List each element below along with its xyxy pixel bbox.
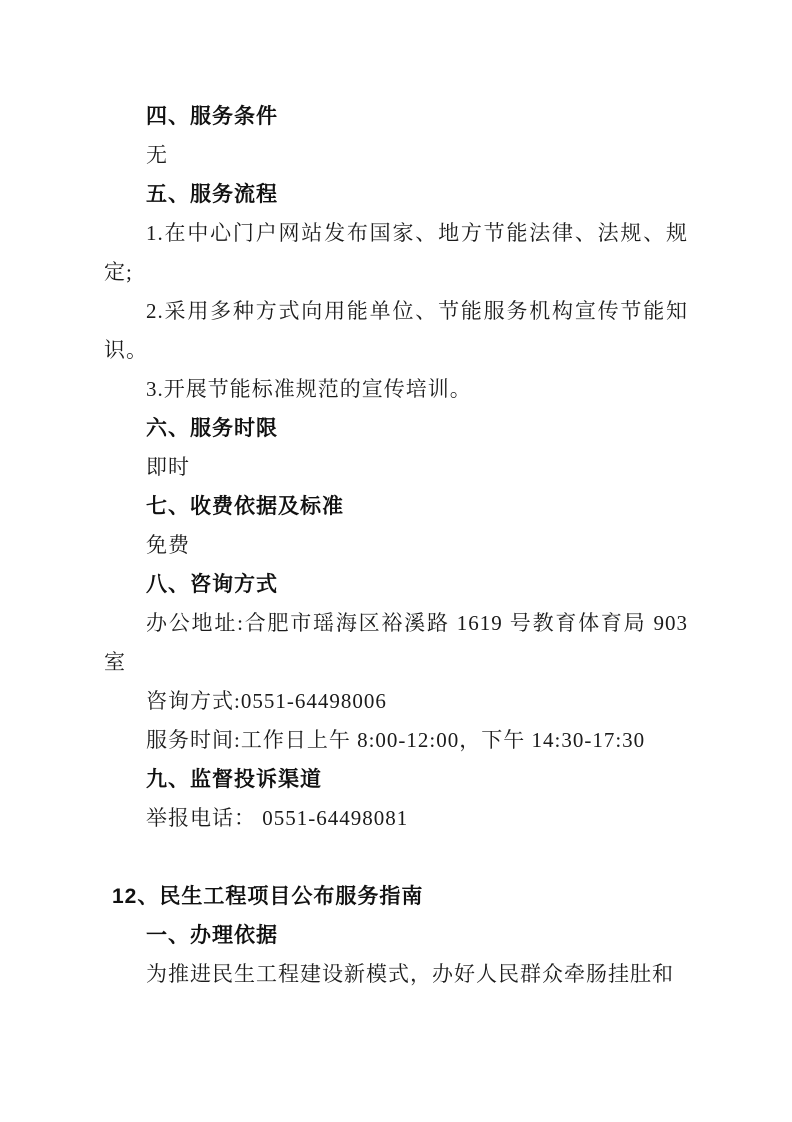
heading-service-process: 五、服务流程	[104, 175, 688, 214]
section-title-minsheng-guide: 12、民生工程项目公布服务指南	[104, 877, 688, 916]
heading-service-time-limit: 六、服务时限	[104, 409, 688, 448]
heading-handling-basis: 一、办理依据	[104, 916, 688, 955]
heading-service-conditions: 四、服务条件	[104, 97, 688, 136]
document-body: 四、服务条件 无 五、服务流程 1.在中心门户网站发布国家、地方节能法律、法规、…	[104, 97, 688, 994]
heading-fee-basis-standard: 七、收费依据及标准	[104, 487, 688, 526]
para-process-step-3: 3.开展节能标准规范的宣传培训。	[104, 370, 688, 409]
document-page: 四、服务条件 无 五、服务流程 1.在中心门户网站发布国家、地方节能法律、法规、…	[0, 0, 792, 1122]
para-process-step-1: 1.在中心门户网站发布国家、地方节能法律、法规、规定;	[104, 214, 688, 292]
para-office-address: 办公地址:合肥市瑶海区裕溪路 1619 号教育体育局 903 室	[104, 604, 688, 682]
heading-supervision-complaint: 九、监督投诉渠道	[104, 760, 688, 799]
para-consultation-phone: 咨询方式:0551-64498006	[104, 682, 688, 721]
para-process-step-2: 2.采用多种方式向用能单位、节能服务机构宣传节能知识。	[104, 292, 688, 370]
para-service-conditions-value: 无	[104, 136, 688, 175]
para-handling-basis-intro: 为推进民生工程建设新模式，办好人民群众牵肠挂肚和	[104, 955, 688, 994]
para-fee-value: 免费	[104, 526, 688, 565]
para-report-phone: 举报电话： 0551-64498081	[104, 799, 688, 838]
para-time-limit-value: 即时	[104, 448, 688, 487]
para-service-hours: 服务时间:工作日上午 8:00-12:00，下午 14:30-17:30	[104, 721, 688, 760]
heading-consultation-method: 八、咨询方式	[104, 565, 688, 604]
blank-line-spacer	[104, 838, 688, 877]
